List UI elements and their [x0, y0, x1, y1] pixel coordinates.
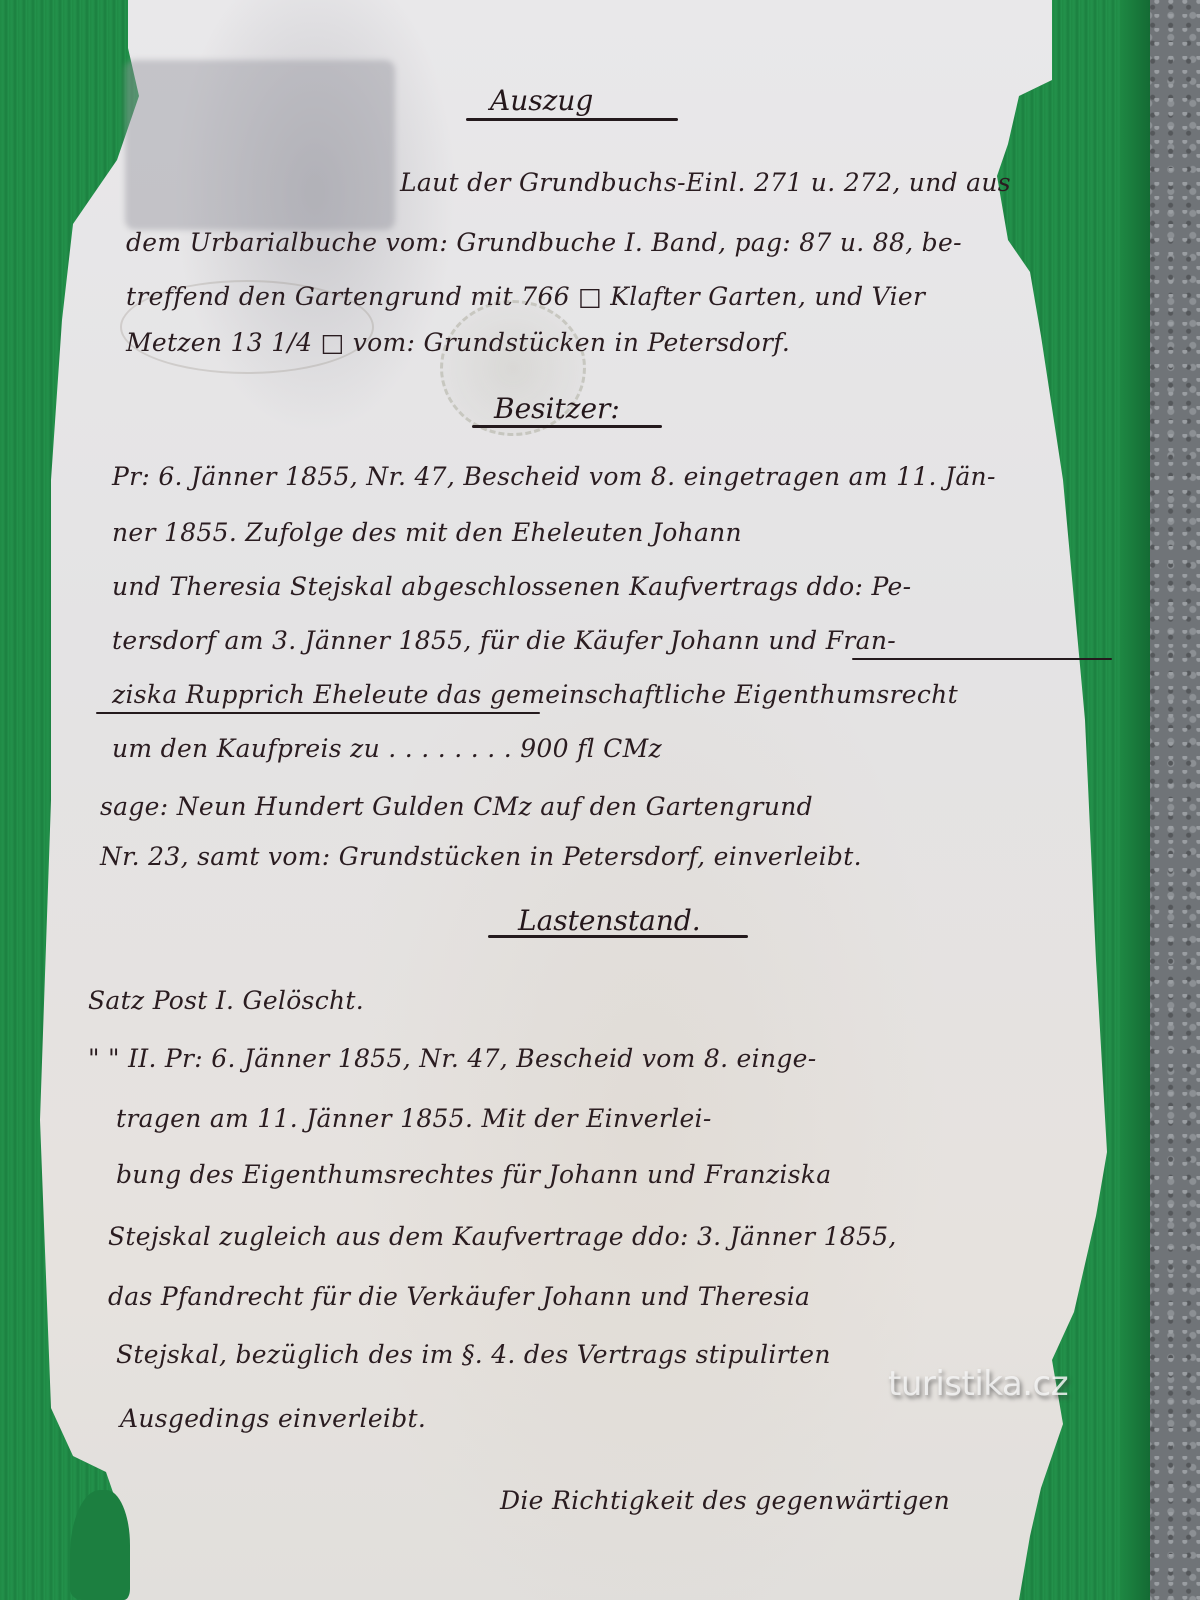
- section-heading-owner: Besitzer:: [494, 392, 620, 425]
- encumbrance-line-7: Stejskal, bezüglich des im §. 4. des Ver…: [116, 1340, 831, 1369]
- buyer-name-underline-2: [96, 712, 540, 714]
- owner-line-2: ner 1855. Zufolge des mit den Eheleuten …: [112, 518, 742, 547]
- document-content: Auszug Laut der Grundbuchs-Einl. 271 u. …: [0, 0, 1200, 1600]
- document-title: Auszug: [490, 84, 593, 117]
- intro-line-1: Laut der Grundbuchs-Einl. 271 u. 272, un…: [400, 168, 1011, 197]
- encumbrance-line-2: " " II. Pr: 6. Jänner 1855, Nr. 47, Besc…: [88, 1044, 817, 1073]
- owner-line-8: Nr. 23, samt vom: Grundstücken in Peters…: [100, 842, 862, 871]
- watermark: turistika.cz: [888, 1364, 1068, 1404]
- owner-line-3: und Theresia Stejskal abgeschlossenen Ka…: [112, 572, 911, 601]
- owner-line-1: Pr: 6. Jänner 1855, Nr. 47, Bescheid vom…: [112, 462, 996, 491]
- section-heading-encumbrances: Lastenstand.: [518, 904, 701, 937]
- encumbrance-line-3: tragen am 11. Jänner 1855. Mit der Einve…: [116, 1104, 712, 1133]
- encumbrance-line-6: das Pfandrecht für die Verkäufer Johann …: [108, 1282, 810, 1311]
- intro-line-2: dem Urbarialbuche vom: Grundbuche I. Ban…: [126, 228, 962, 257]
- owner-line-4: tersdorf am 3. Jänner 1855, für die Käuf…: [112, 626, 896, 655]
- encumbrances-heading-underline: [488, 935, 748, 938]
- buyer-name-underline-1: [852, 658, 1112, 660]
- closing-line: Die Richtigkeit des gegenwärtigen: [500, 1486, 950, 1515]
- title-underline: [466, 118, 678, 121]
- owner-heading-underline: [472, 425, 662, 428]
- encumbrance-line-1: Satz Post I. Gelöscht.: [88, 986, 364, 1015]
- owner-line-5: ziska Rupprich Eheleute das gemeinschaft…: [112, 680, 958, 709]
- owner-line-7: sage: Neun Hundert Gulden CMz auf den Ga…: [100, 792, 813, 821]
- owner-line-6-amount: um den Kaufpreis zu . . . . . . . . 900 …: [112, 734, 662, 763]
- encumbrance-line-8: Ausgedings einverleibt.: [120, 1404, 426, 1433]
- intro-line-3: treffend den Gartengrund mit 766 □ Klaft…: [126, 282, 925, 311]
- encumbrance-line-5: Stejskal zugleich aus dem Kaufvertrage d…: [108, 1222, 897, 1251]
- encumbrance-line-4: bung des Eigenthumsrechtes für Johann un…: [116, 1160, 831, 1189]
- intro-line-4: Metzen 13 1/4 □ vom: Grundstücken in Pet…: [126, 328, 790, 357]
